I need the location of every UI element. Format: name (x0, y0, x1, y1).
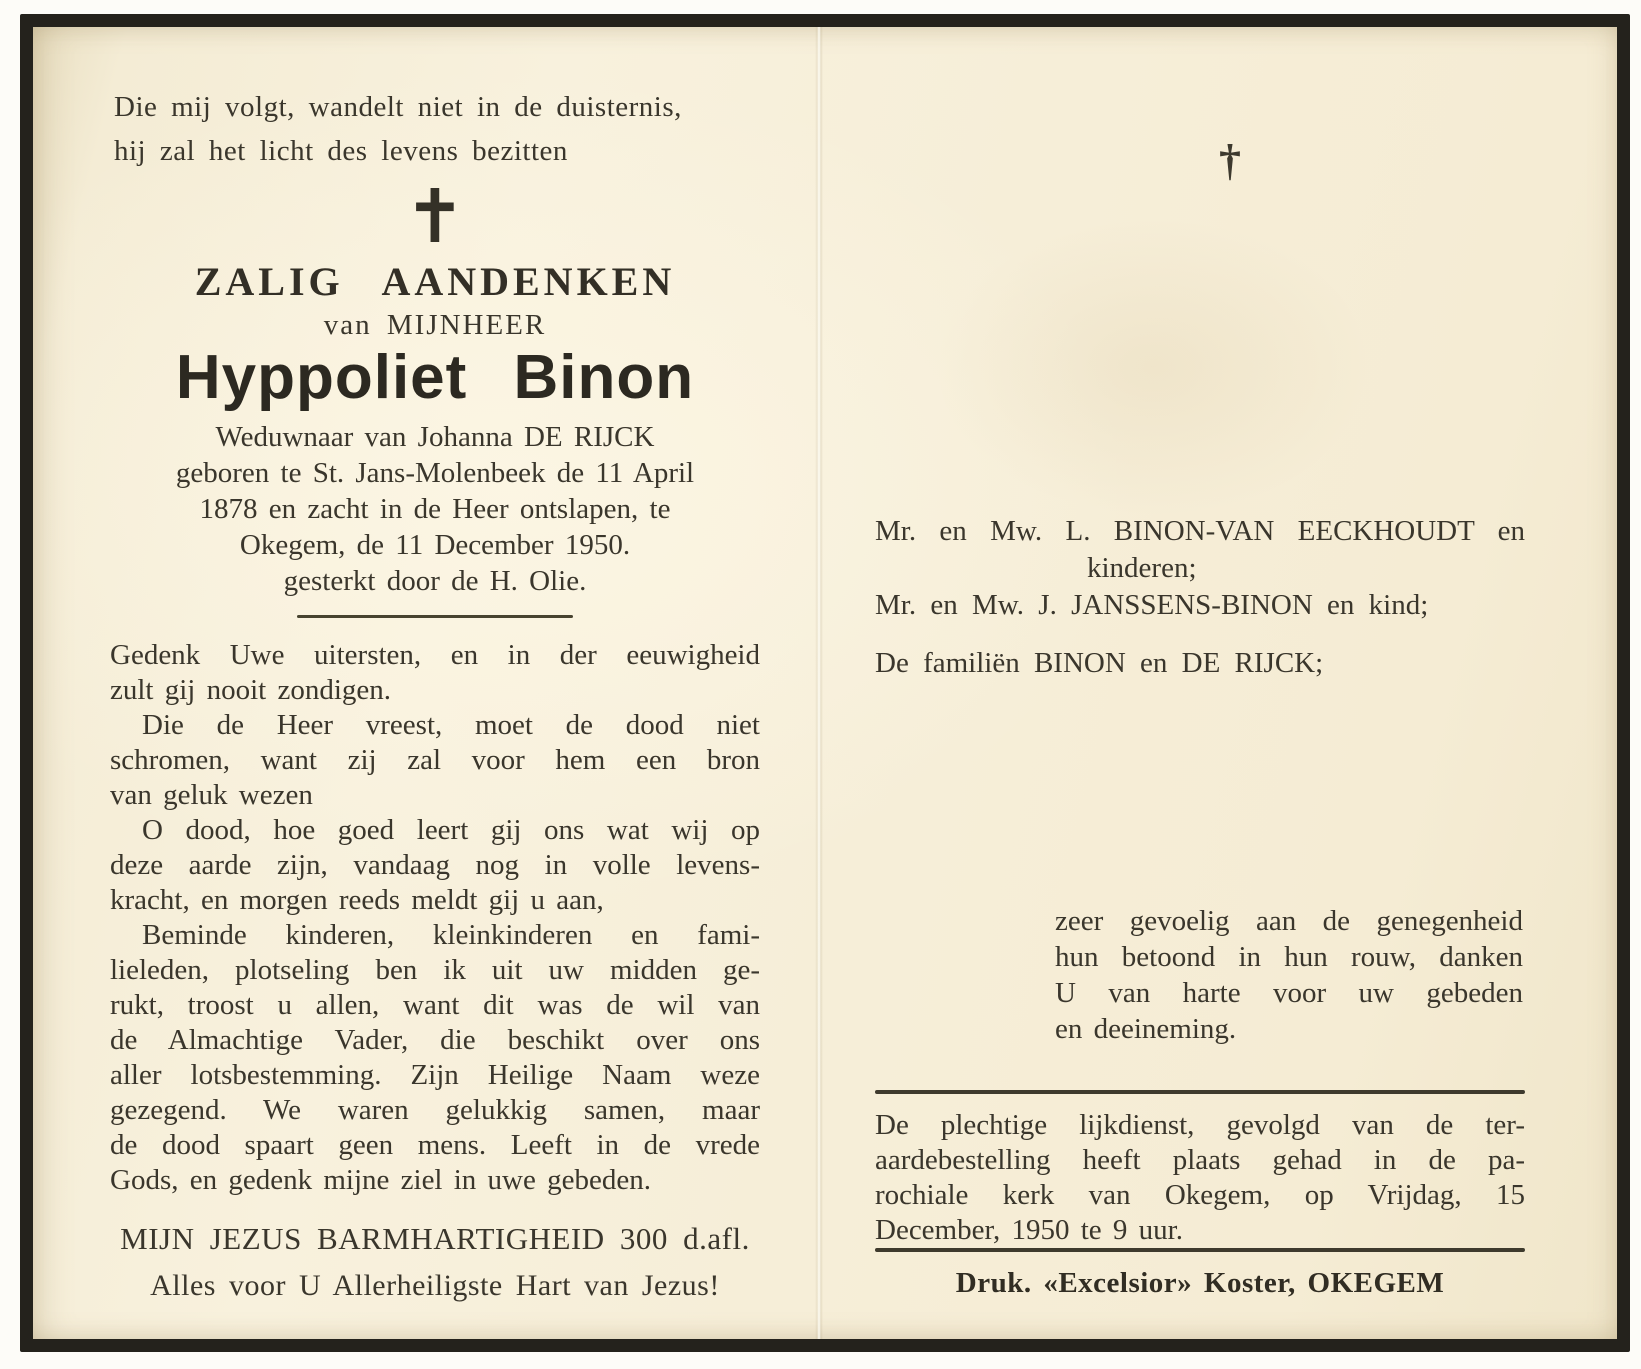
indulgence-line: MIJN JEZUS BARMHARTIGHEID 300 d.afl. (110, 1220, 760, 1258)
prayer-paragraph-line: zult gij nooit zondigen. (110, 673, 760, 708)
prayer-paragraph-line: aller lotsbestemming. Zijn Heilige Naam … (110, 1058, 760, 1093)
funeral-notice-line: December, 1950 te 9 uur. (875, 1213, 1525, 1248)
biography-line: Weduwnaar van Johanna DE RIJCK (110, 419, 760, 455)
right-page: † Mr. en Mw. L. BINON-VAN EECKHOUDT enki… (875, 27, 1525, 1301)
biography-line: geboren te St. Jans-Molenbeek de 11 Apri… (110, 455, 760, 491)
prayer-paragraph-line: deze aarde zijn, vandaag nog in volle le… (110, 848, 760, 883)
prayer-paragraph-line: van geluk wezen (110, 778, 760, 813)
mourners-list: Mr. en Mw. L. BINON-VAN EECKHOUDT enkind… (875, 513, 1525, 682)
memorial-subheading: van MIJNHEER (110, 307, 760, 343)
prayer-paragraph-line: O dood, hoe goed leert gij ons wat wij o… (110, 813, 760, 848)
acknowledgement: zeer gevoelig aan de genegenheidhun beto… (1055, 903, 1523, 1047)
acknowledgement-line: U van harte voor uw gebeden (1055, 975, 1523, 1011)
prayer-paragraph: Gedenk Uwe uitersten, en in der eeuwighe… (110, 638, 760, 708)
divider-rule (297, 615, 573, 618)
prayer-paragraphs: Gedenk Uwe uitersten, en in der eeuwighe… (110, 638, 760, 1198)
prayer-paragraph-line: de Almachtige Vader, die beschikt over o… (110, 1023, 760, 1058)
prayer-paragraph-line: lieleden, plotseling ben ik uit uw midde… (110, 953, 760, 988)
funeral-notice-line: rochiale kerk van Okegem, op Vrijdag, 15 (875, 1178, 1525, 1213)
prayer-paragraph: Die de Heer vreest, moet de dood nietsch… (110, 708, 760, 813)
prayer-paragraph: O dood, hoe goed leert gij ons wat wij o… (110, 813, 760, 918)
prayer-paragraph-line: Beminde kinderen, kleinkinderen en fami- (110, 918, 760, 953)
epigraph-line: hij zal het licht des levens bezitten (114, 129, 760, 173)
prayer-paragraph-line: Gods, en gedenk mijne ziel in uwe gebede… (110, 1163, 760, 1198)
acknowledgement-line: hun betoond in hun rouw, danken (1055, 939, 1523, 975)
prayer-paragraph-line: schromen, want zij zal voor hem een bron (110, 743, 760, 778)
funeral-notice-line: aardebestelling heeft plaats gehad in de… (875, 1143, 1525, 1178)
biography-line: 1878 en zacht in de Heer ontslapen, te (110, 491, 760, 527)
latin-cross-icon: ✝ (110, 177, 760, 257)
biography: Weduwnaar van Johanna DE RIJCKgeboren te… (110, 419, 760, 599)
mourners-list-line: Mr. en Mw. L. BINON-VAN EECKHOUDT en (875, 513, 1525, 550)
prayer-paragraph: Beminde kinderen, kleinkinderen en fami-… (110, 918, 760, 1198)
dagger-cross-icon: † (875, 139, 1525, 183)
deceased-name: Hyppoliet Binon (110, 345, 760, 411)
mourners-list-line: De familiën BINON en DE RIJCK; (875, 645, 1525, 682)
prayer-paragraph-line: Gedenk Uwe uitersten, en in der eeuwighe… (110, 638, 760, 673)
prayer-paragraph-line: Die de Heer vreest, moet de dood niet (110, 708, 760, 743)
prayer-paragraph-line: gezegend. We waren gelukkig samen, maar (110, 1093, 760, 1128)
acknowledgement-line: zeer gevoelig aan de genegenheid (1055, 903, 1523, 939)
printer-credit: Druk. «Excelsior» Koster, OKEGEM (875, 1265, 1525, 1301)
funeral-notice-line: De plechtige lijkdienst, gevolgd van de … (875, 1108, 1525, 1143)
memorial-heading: ZALIG AANDENKEN (110, 257, 760, 307)
funeral-rule-top (875, 1090, 1525, 1094)
biography-line: Okegem, de 11 December 1950. (110, 527, 760, 563)
mourners-list-line: Mr. en Mw. J. JANSSENS-BINON en kind; (875, 587, 1525, 624)
prayer-paragraph-line: kracht, en morgen reeds meldt gij u aan, (110, 883, 760, 918)
fold-crease (815, 27, 823, 1339)
epigraph: Die mij volgt, wandelt niet in de duiste… (110, 85, 760, 173)
mourners-list-line: kinderen; (875, 550, 1525, 587)
memorial-card-scan: Die mij volgt, wandelt niet in de duiste… (20, 14, 1630, 1352)
dedication-line: Alles voor U Allerheiligste Hart van Jez… (110, 1268, 760, 1304)
card-inner: Die mij volgt, wandelt niet in de duiste… (33, 27, 1617, 1339)
left-page: Die mij volgt, wandelt niet in de duiste… (110, 27, 760, 1304)
acknowledgement-line: en deeineming. (1055, 1011, 1523, 1047)
prayer-paragraph-line: rukt, troost u allen, want dit was de wi… (110, 988, 760, 1023)
funeral-rule-bottom (875, 1248, 1525, 1252)
funeral-notice: De plechtige lijkdienst, gevolgd van de … (875, 1108, 1525, 1248)
epigraph-line: Die mij volgt, wandelt niet in de duiste… (114, 85, 760, 129)
prayer-paragraph-line: de dood spaart geen mens. Leeft in de vr… (110, 1128, 760, 1163)
biography-line: gesterkt door de H. Olie. (110, 563, 760, 599)
